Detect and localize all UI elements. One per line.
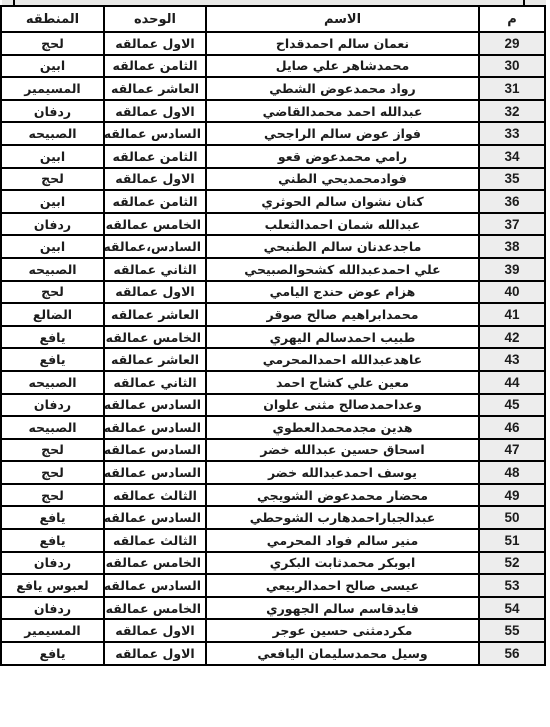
table-header-row: م الاسم الوحده المنطقه	[1, 6, 545, 32]
name-cell: محمدشاهر علي صايل	[206, 55, 479, 78]
name-cell: نعمان سالم احمدقداح	[206, 32, 479, 55]
header-region: المنطقه	[1, 6, 104, 32]
region-cell: لعبوس يافع	[1, 574, 104, 597]
name-cell: هزام عوض حندج اليامي	[206, 281, 479, 304]
name-cell: عيسى صالح احمدالربيعي	[206, 574, 479, 597]
name-cell: مكردمثنى حسين عوجر	[206, 619, 479, 642]
row-number-cell: 34	[479, 145, 545, 168]
unit-cell: الثالث عمالقه	[104, 484, 206, 507]
header-unit: الوحده	[104, 6, 206, 32]
unit-cell: العاشر عمالقه	[104, 348, 206, 371]
unit-cell: الثالث عمالقه	[104, 529, 206, 552]
region-cell: لحج	[1, 461, 104, 484]
name-cell: ماجدعدنان سالم الطنبحي	[206, 235, 479, 258]
region-cell: يافع	[1, 326, 104, 349]
name-cell: اسحاق حسين عبدالله خضر	[206, 439, 479, 462]
name-cell: طبيب احمدسالم اليهري	[206, 326, 479, 349]
table-row: 42 طبيب احمدسالم اليهري الخامس عمالقه يا…	[1, 326, 545, 349]
name-cell: فوادمحمديحي الطني	[206, 168, 479, 191]
region-cell: ردفان	[1, 394, 104, 417]
row-number-cell: 40	[479, 281, 545, 304]
region-cell: الصبيحه	[1, 416, 104, 439]
name-cell: عبدالله احمد محمدالقاضي	[206, 100, 479, 123]
region-cell: لحج	[1, 168, 104, 191]
row-number-cell: 36	[479, 190, 545, 213]
unit-cell: العاشر عمالقه	[104, 303, 206, 326]
unit-cell: الخامس عمالقه	[104, 326, 206, 349]
row-number-cell: 55	[479, 619, 545, 642]
row-number-cell: 32	[479, 100, 545, 123]
row-number-cell: 43	[479, 348, 545, 371]
row-number-cell: 30	[479, 55, 545, 78]
name-cell: علي احمدعبدالله كشحوالصبيحي	[206, 258, 479, 281]
row-number-cell: 54	[479, 597, 545, 620]
region-cell: ردفان	[1, 552, 104, 575]
region-cell: المسيمير	[1, 619, 104, 642]
table-row: 45 وعداحمدصالح مثنى علوان السادس عمالقه …	[1, 394, 545, 417]
row-number-cell: 56	[479, 642, 545, 665]
table-row: 51 منير سالم فواد المحرمي الثالث عمالقه …	[1, 529, 545, 552]
row-number-cell: 39	[479, 258, 545, 281]
region-cell: الصبيحه	[1, 371, 104, 394]
table-row: 52 ابوبكر محمدثابت البكري الخامس عمالقه …	[1, 552, 545, 575]
row-number-cell: 38	[479, 235, 545, 258]
row-number-cell: 29	[479, 32, 545, 55]
unit-cell: الخامس عمالقه	[104, 552, 206, 575]
name-cell: كنان نشوان سالم الحوثري	[206, 190, 479, 213]
table-row: 47 اسحاق حسين عبدالله خضر السادس عمالقه …	[1, 439, 545, 462]
name-cell: منير سالم فواد المحرمي	[206, 529, 479, 552]
row-number-cell: 44	[479, 371, 545, 394]
table-row: 38 ماجدعدنان سالم الطنبحي السادس،عمالقه …	[1, 235, 545, 258]
row-number-cell: 33	[479, 122, 545, 145]
region-cell: ابين	[1, 235, 104, 258]
table-row: 36 كنان نشوان سالم الحوثري الثامن عمالقه…	[1, 190, 545, 213]
region-cell: يافع	[1, 348, 104, 371]
table-row: 31 رواد محمدعوض الشطي العاشر عمالقه المس…	[1, 77, 545, 100]
table-row: 56 وسيل محمدسليمان اليافعي الاول عمالقه …	[1, 642, 545, 665]
name-cell: عبدالله شمان احمدالثعلب	[206, 213, 479, 236]
table-body: 29 نعمان سالم احمدقداح الاول عمالقه لحج …	[1, 32, 545, 665]
name-cell: ابوبكر محمدثابت البكري	[206, 552, 479, 575]
unit-cell: السادس عمالقه	[104, 506, 206, 529]
table-row: 34 رامي محمدعوض قعو الثامن عمالقه ابين	[1, 145, 545, 168]
name-cell: معين علي كشاح احمد	[206, 371, 479, 394]
table-row: 48 يوسف احمدعبدالله خضر السادس عمالقه لح…	[1, 461, 545, 484]
table-row: 55 مكردمثنى حسين عوجر الاول عمالقه المسي…	[1, 619, 545, 642]
region-cell: ابين	[1, 145, 104, 168]
region-cell: ابين	[1, 190, 104, 213]
unit-cell: الخامس عمالقه	[104, 597, 206, 620]
name-cell: رواد محمدعوض الشطي	[206, 77, 479, 100]
row-number-cell: 50	[479, 506, 545, 529]
row-number-cell: 42	[479, 326, 545, 349]
name-cell: يوسف احمدعبدالله خضر	[206, 461, 479, 484]
table-row: 33 فواز عوض سالم الراجحي السادس عمالقه ا…	[1, 122, 545, 145]
table-row: 32 عبدالله احمد محمدالقاضي الاول عمالقه …	[1, 100, 545, 123]
row-number-cell: 52	[479, 552, 545, 575]
name-cell: رامي محمدعوض قعو	[206, 145, 479, 168]
region-cell: ردفان	[1, 597, 104, 620]
name-cell: فايدقاسم سالم الجهوري	[206, 597, 479, 620]
unit-cell: الاول عمالقه	[104, 100, 206, 123]
region-cell: الضالع	[1, 303, 104, 326]
row-number-cell: 46	[479, 416, 545, 439]
unit-cell: الثاني عمالقه	[104, 371, 206, 394]
name-cell: هدين مجدمحمدالعطوي	[206, 416, 479, 439]
region-cell: لحج	[1, 281, 104, 304]
region-cell: لحج	[1, 484, 104, 507]
roster-table: م الاسم الوحده المنطقه 29 نعمان سالم احم…	[0, 5, 546, 666]
region-cell: ردفان	[1, 213, 104, 236]
document-page: م الاسم الوحده المنطقه 29 نعمان سالم احم…	[0, 0, 550, 727]
unit-cell: الثاني عمالقه	[104, 258, 206, 281]
region-cell: يافع	[1, 529, 104, 552]
region-cell: يافع	[1, 506, 104, 529]
table-row: 46 هدين مجدمحمدالعطوي السادس عمالقه الصب…	[1, 416, 545, 439]
region-cell: ابين	[1, 55, 104, 78]
table-row: 53 عيسى صالح احمدالربيعي السادس عمالقه ل…	[1, 574, 545, 597]
region-cell: لحج	[1, 32, 104, 55]
row-number-cell: 53	[479, 574, 545, 597]
region-cell: المسيمير	[1, 77, 104, 100]
region-cell: يافع	[1, 642, 104, 665]
unit-cell: الاول عمالقه	[104, 619, 206, 642]
unit-cell: السادس عمالقه	[104, 122, 206, 145]
region-cell: الصبيحه	[1, 122, 104, 145]
header-number: م	[479, 6, 545, 32]
name-cell: عبدالجباراحمدهارب الشوحطي	[206, 506, 479, 529]
unit-cell: الاول عمالقه	[104, 642, 206, 665]
unit-cell: الثامن عمالقه	[104, 55, 206, 78]
row-number-cell: 41	[479, 303, 545, 326]
name-cell: فواز عوض سالم الراجحي	[206, 122, 479, 145]
table-row: 39 علي احمدعبدالله كشحوالصبيحي الثاني عم…	[1, 258, 545, 281]
table-row: 40 هزام عوض حندج اليامي الاول عمالقه لحج	[1, 281, 545, 304]
name-cell: عاهدعبدالله احمدالمحرمي	[206, 348, 479, 371]
table-row: 49 محضار محمدعوض الشويجي الثالث عمالقه ل…	[1, 484, 545, 507]
region-cell: لحج	[1, 439, 104, 462]
unit-cell: الثامن عمالقه	[104, 190, 206, 213]
row-number-cell: 47	[479, 439, 545, 462]
row-number-cell: 45	[479, 394, 545, 417]
table-row: 54 فايدقاسم سالم الجهوري الخامس عمالقه ر…	[1, 597, 545, 620]
row-number-cell: 49	[479, 484, 545, 507]
header-name: الاسم	[206, 6, 479, 32]
table-row: 35 فوادمحمديحي الطني الاول عمالقه لحج	[1, 168, 545, 191]
unit-cell: الخامس عمالقه	[104, 213, 206, 236]
table-row: 29 نعمان سالم احمدقداح الاول عمالقه لحج	[1, 32, 545, 55]
unit-cell: السادس عمالقه	[104, 461, 206, 484]
row-number-cell: 51	[479, 529, 545, 552]
row-number-cell: 35	[479, 168, 545, 191]
unit-cell: الثامن عمالقه	[104, 145, 206, 168]
table-row: 43 عاهدعبدالله احمدالمحرمي العاشر عمالقه…	[1, 348, 545, 371]
table-row: 44 معين علي كشاح احمد الثاني عمالقه الصب…	[1, 371, 545, 394]
unit-cell: السادس عمالقه	[104, 439, 206, 462]
table-row: 30 محمدشاهر علي صايل الثامن عمالقه ابين	[1, 55, 545, 78]
row-number-cell: 37	[479, 213, 545, 236]
name-cell: وعداحمدصالح مثنى علوان	[206, 394, 479, 417]
region-cell: الصبيحه	[1, 258, 104, 281]
unit-cell: العاشر عمالقه	[104, 77, 206, 100]
unit-cell: الاول عمالقه	[104, 281, 206, 304]
name-cell: محمدابراهيم صالح صوقر	[206, 303, 479, 326]
unit-cell: الاول عمالقه	[104, 32, 206, 55]
region-cell: ردفان	[1, 100, 104, 123]
unit-cell: السادس عمالقه	[104, 574, 206, 597]
name-cell: وسيل محمدسليمان اليافعي	[206, 642, 479, 665]
unit-cell: السادس عمالقه	[104, 394, 206, 417]
table-row: 41 محمدابراهيم صالح صوقر العاشر عمالقه ا…	[1, 303, 545, 326]
table-row: 50 عبدالجباراحمدهارب الشوحطي السادس عمال…	[1, 506, 545, 529]
table-row: 37 عبدالله شمان احمدالثعلب الخامس عمالقه…	[1, 213, 545, 236]
unit-cell: السادس عمالقه	[104, 416, 206, 439]
unit-cell: الاول عمالقه	[104, 168, 206, 191]
row-number-cell: 31	[479, 77, 545, 100]
name-cell: محضار محمدعوض الشويجي	[206, 484, 479, 507]
unit-cell: السادس،عمالقه	[104, 235, 206, 258]
row-number-cell: 48	[479, 461, 545, 484]
